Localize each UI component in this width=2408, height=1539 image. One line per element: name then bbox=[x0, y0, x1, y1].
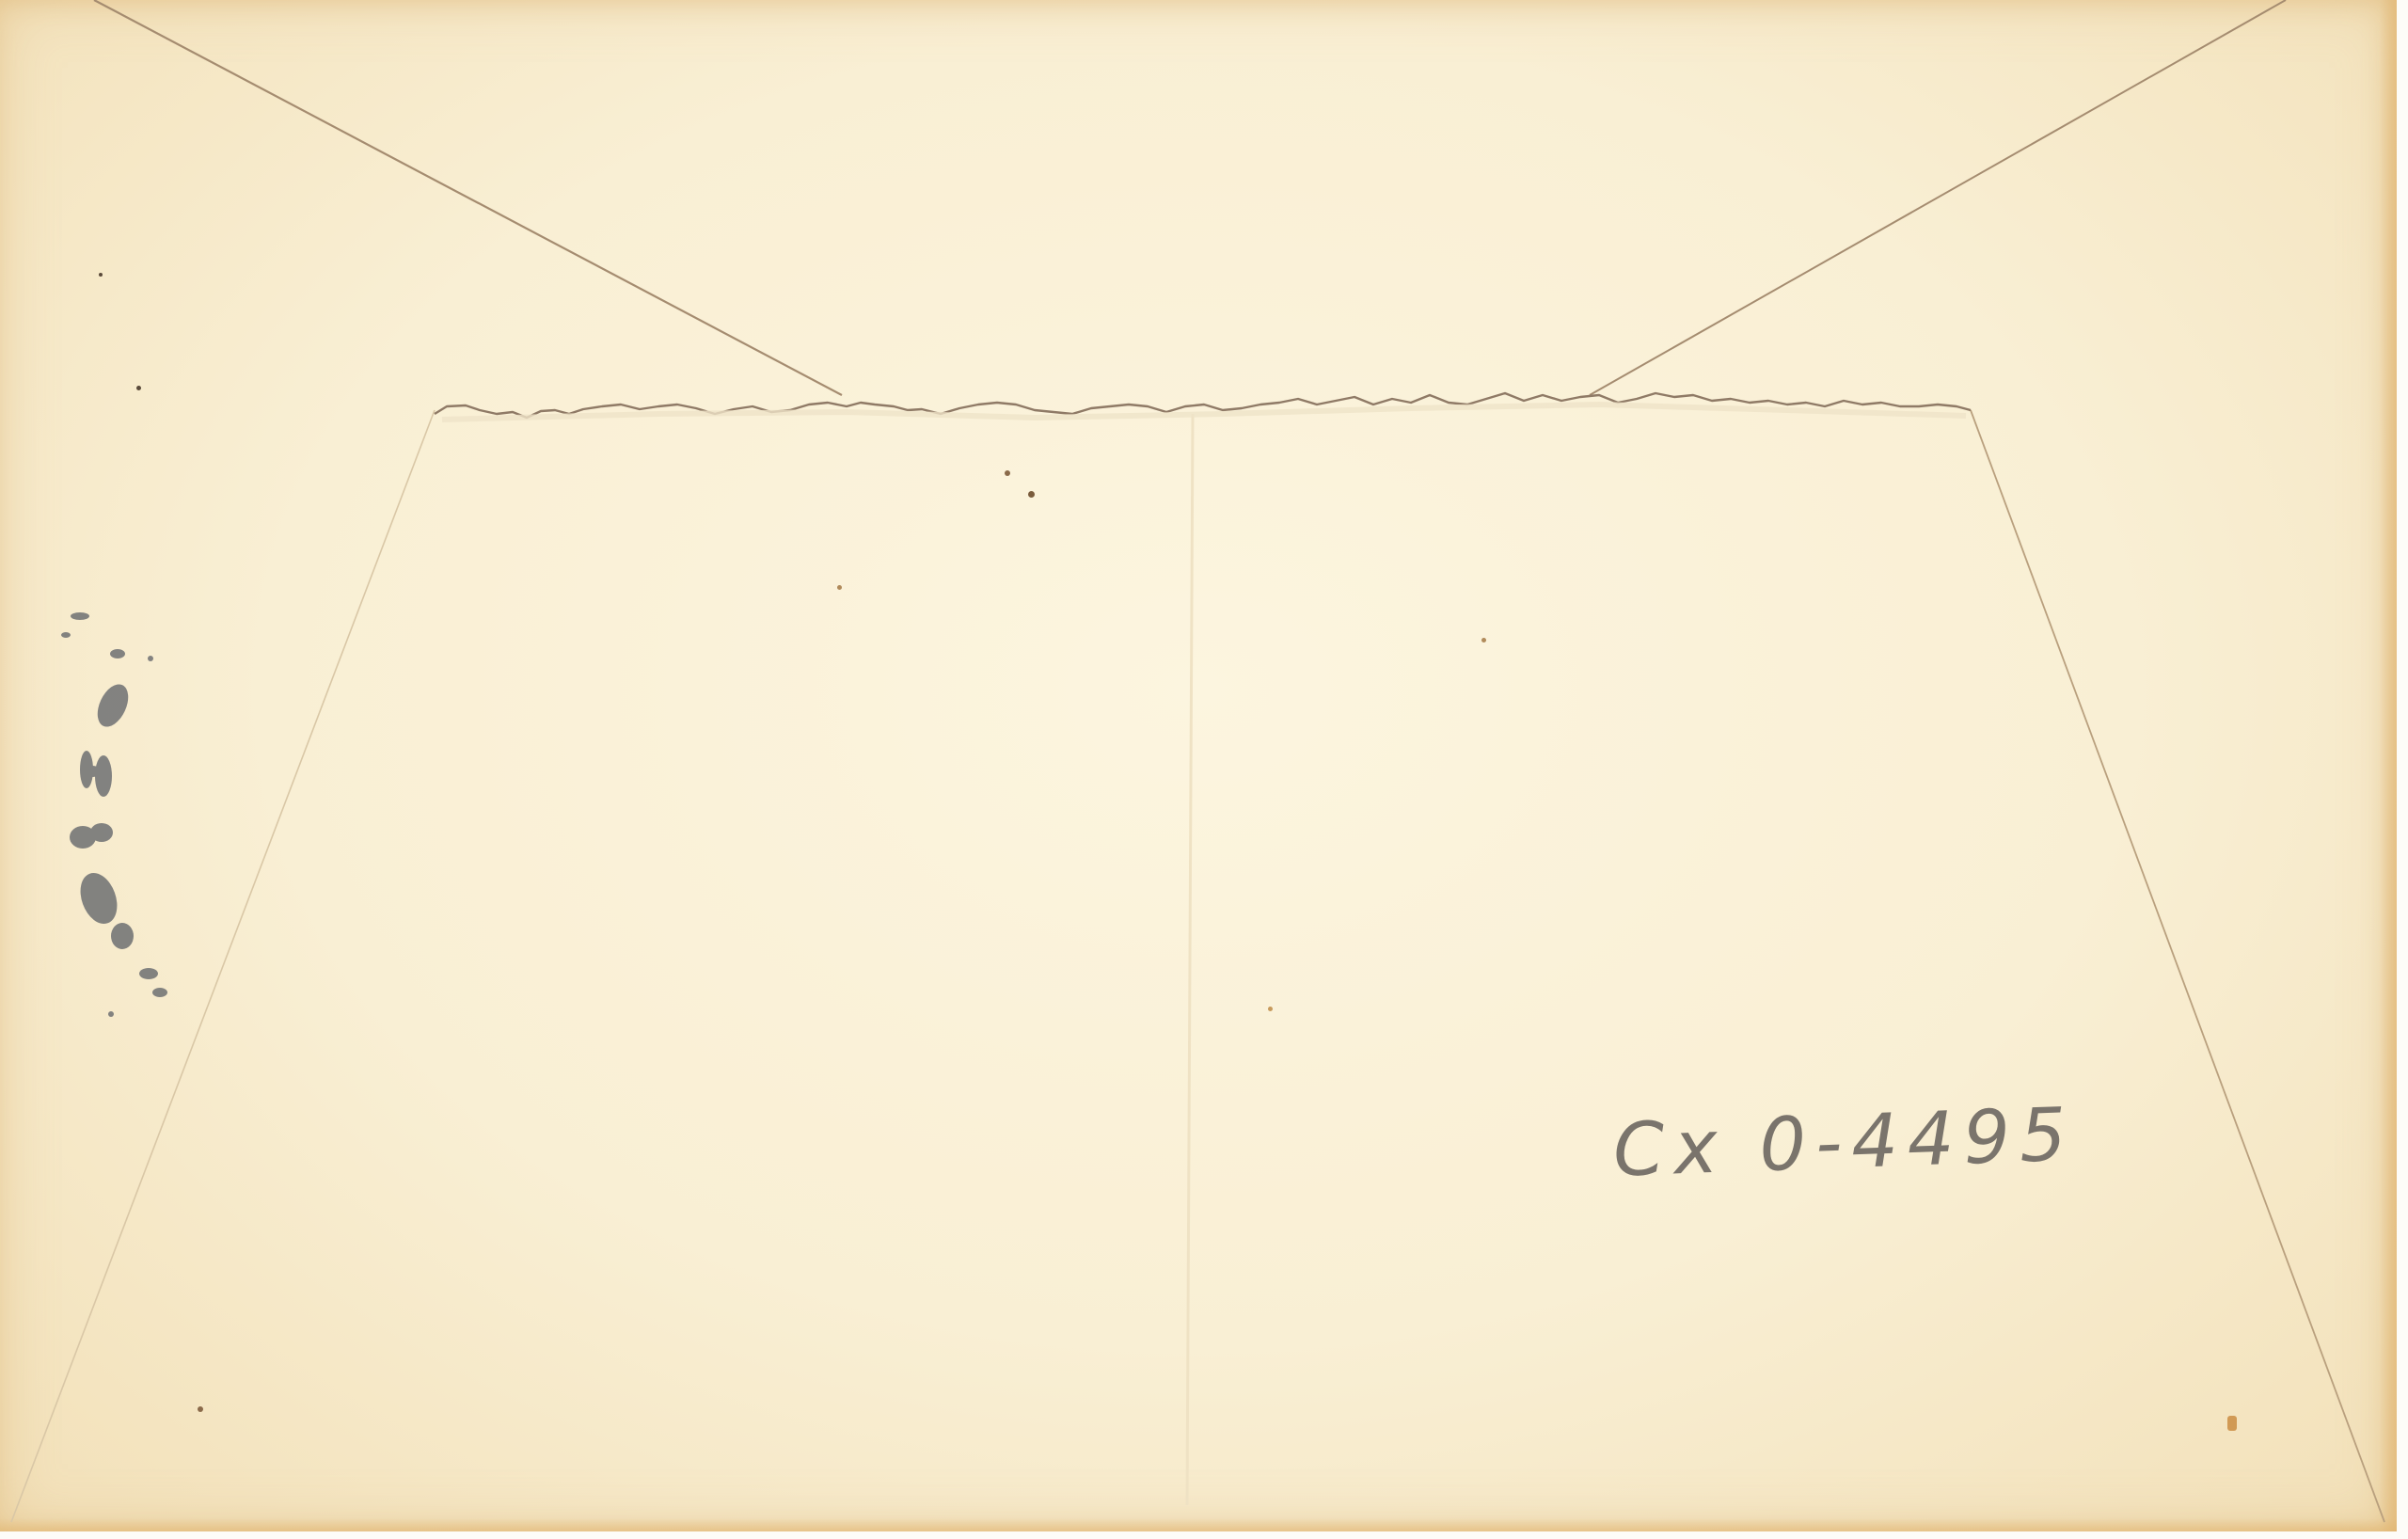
stain-speck bbox=[1028, 491, 1035, 498]
flap-fold-right bbox=[1590, 0, 2286, 395]
stain-speck bbox=[2227, 1416, 2237, 1431]
envelope-fold-lines bbox=[0, 0, 2408, 1539]
handwritten-pencil-note: Cx 0-4495 bbox=[1612, 1092, 2078, 1193]
stain-speck bbox=[837, 585, 842, 590]
stain-speck bbox=[198, 1406, 203, 1412]
stain-speck bbox=[1268, 1007, 1273, 1011]
bottom-flap-side-right bbox=[1971, 410, 2384, 1522]
vertical-crease bbox=[1187, 414, 1193, 1505]
stain-speck bbox=[1005, 470, 1010, 476]
flap-fold-left bbox=[94, 0, 842, 395]
stain-speck bbox=[136, 386, 141, 390]
stain-speck bbox=[1481, 638, 1486, 643]
stain-speck bbox=[99, 273, 103, 277]
postmark-smudge bbox=[28, 583, 169, 1035]
